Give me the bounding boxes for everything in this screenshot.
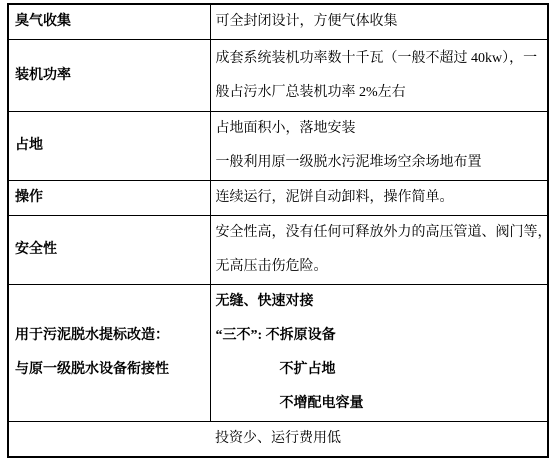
cell-line: 安全性高，没有任何可释放外力的高压管道、阀门等， [216, 216, 543, 250]
row-label-installed-power: 装机功率 [8, 40, 210, 112]
row-content-cost: 投资少、运行费用低 [8, 422, 548, 458]
row-label-odor-collection: 臭气收集 [8, 4, 210, 40]
document-page: 臭气收集 可全封闭设计，方便气体收集 装机功率 成套系统装机功率数十千瓦（一般不… [0, 0, 556, 458]
cell-line: “三不”: 不拆原设备 [216, 319, 543, 353]
cell-line: 无高压击伤危险。 [216, 250, 543, 284]
cell-line: 成套系统装机功率数十千瓦（一般不超过 40kw），一 [216, 42, 543, 76]
label-text: 安全性 [15, 233, 204, 267]
row-content-retrofit-compatibility: 无缝、快速对接 “三不”: 不拆原设备 不扩占地 不增配电容量 [210, 285, 548, 422]
label-text: 臭气收集 [15, 5, 204, 39]
cell-line: 占地面积小，落地安装 [216, 112, 543, 146]
row-content-odor-collection: 可全封闭设计，方便气体收集 [210, 4, 548, 40]
row-content-operation: 连续运行，泥饼自动卸料，操作简单。 [210, 181, 548, 216]
label-text: 操作 [15, 181, 204, 215]
cell-line: 不扩占地 [216, 353, 543, 387]
cell-line: 一般利用原一级脱水污泥堆场空余场地布置 [216, 146, 543, 180]
label-text: 与原一级脱水设备衔接性 [15, 353, 204, 387]
row-label-safety: 安全性 [8, 216, 210, 285]
table-row-installed-power: 装机功率 成套系统装机功率数十千瓦（一般不超过 40kw），一 般占污水厂总装机… [8, 40, 548, 112]
row-label-footprint: 占地 [8, 112, 210, 181]
table-row-retrofit-compatibility: 用于污泥脱水提标改造： 与原一级脱水设备衔接性 无缝、快速对接 “三不”: 不拆… [8, 285, 548, 422]
table-row-safety: 安全性 安全性高，没有任何可释放外力的高压管道、阀门等， 无高压击伤危险。 [8, 216, 548, 285]
cell-line: 连续运行，泥饼自动卸料，操作简单。 [216, 181, 543, 215]
row-label-retrofit-compatibility: 用于污泥脱水提标改造： 与原一级脱水设备衔接性 [8, 285, 210, 422]
table-row-operation: 操作 连续运行，泥饼自动卸料，操作简单。 [8, 181, 548, 216]
table-row-odor-collection: 臭气收集 可全封闭设计，方便气体收集 [8, 4, 548, 40]
row-content-footprint: 占地面积小，落地安装 一般利用原一级脱水污泥堆场空余场地布置 [210, 112, 548, 181]
cell-line: 可全封闭设计，方便气体收集 [216, 5, 543, 39]
cell-line: 不增配电容量 [216, 387, 543, 421]
label-text: 装机功率 [15, 59, 204, 93]
cell-line: 无缝、快速对接 [216, 285, 543, 319]
row-label-operation: 操作 [8, 181, 210, 216]
row-content-installed-power: 成套系统装机功率数十千瓦（一般不超过 40kw），一 般占污水厂总装机功率 2%… [210, 40, 548, 112]
label-text: 用于污泥脱水提标改造： [15, 319, 204, 353]
row-content-safety: 安全性高，没有任何可释放外力的高压管道、阀门等， 无高压击伤危险。 [210, 216, 548, 285]
cell-line: 投资少、运行费用低 [14, 422, 542, 456]
comparison-table: 臭气收集 可全封闭设计，方便气体收集 装机功率 成套系统装机功率数十千瓦（一般不… [7, 3, 549, 458]
label-text: 占地 [15, 129, 204, 163]
table-row-footprint: 占地 占地面积小，落地安装 一般利用原一级脱水污泥堆场空余场地布置 [8, 112, 548, 181]
table-row-cost: 投资少、运行费用低 [8, 422, 548, 458]
cell-line: 般占污水厂总装机功率 2%左右 [216, 76, 543, 110]
